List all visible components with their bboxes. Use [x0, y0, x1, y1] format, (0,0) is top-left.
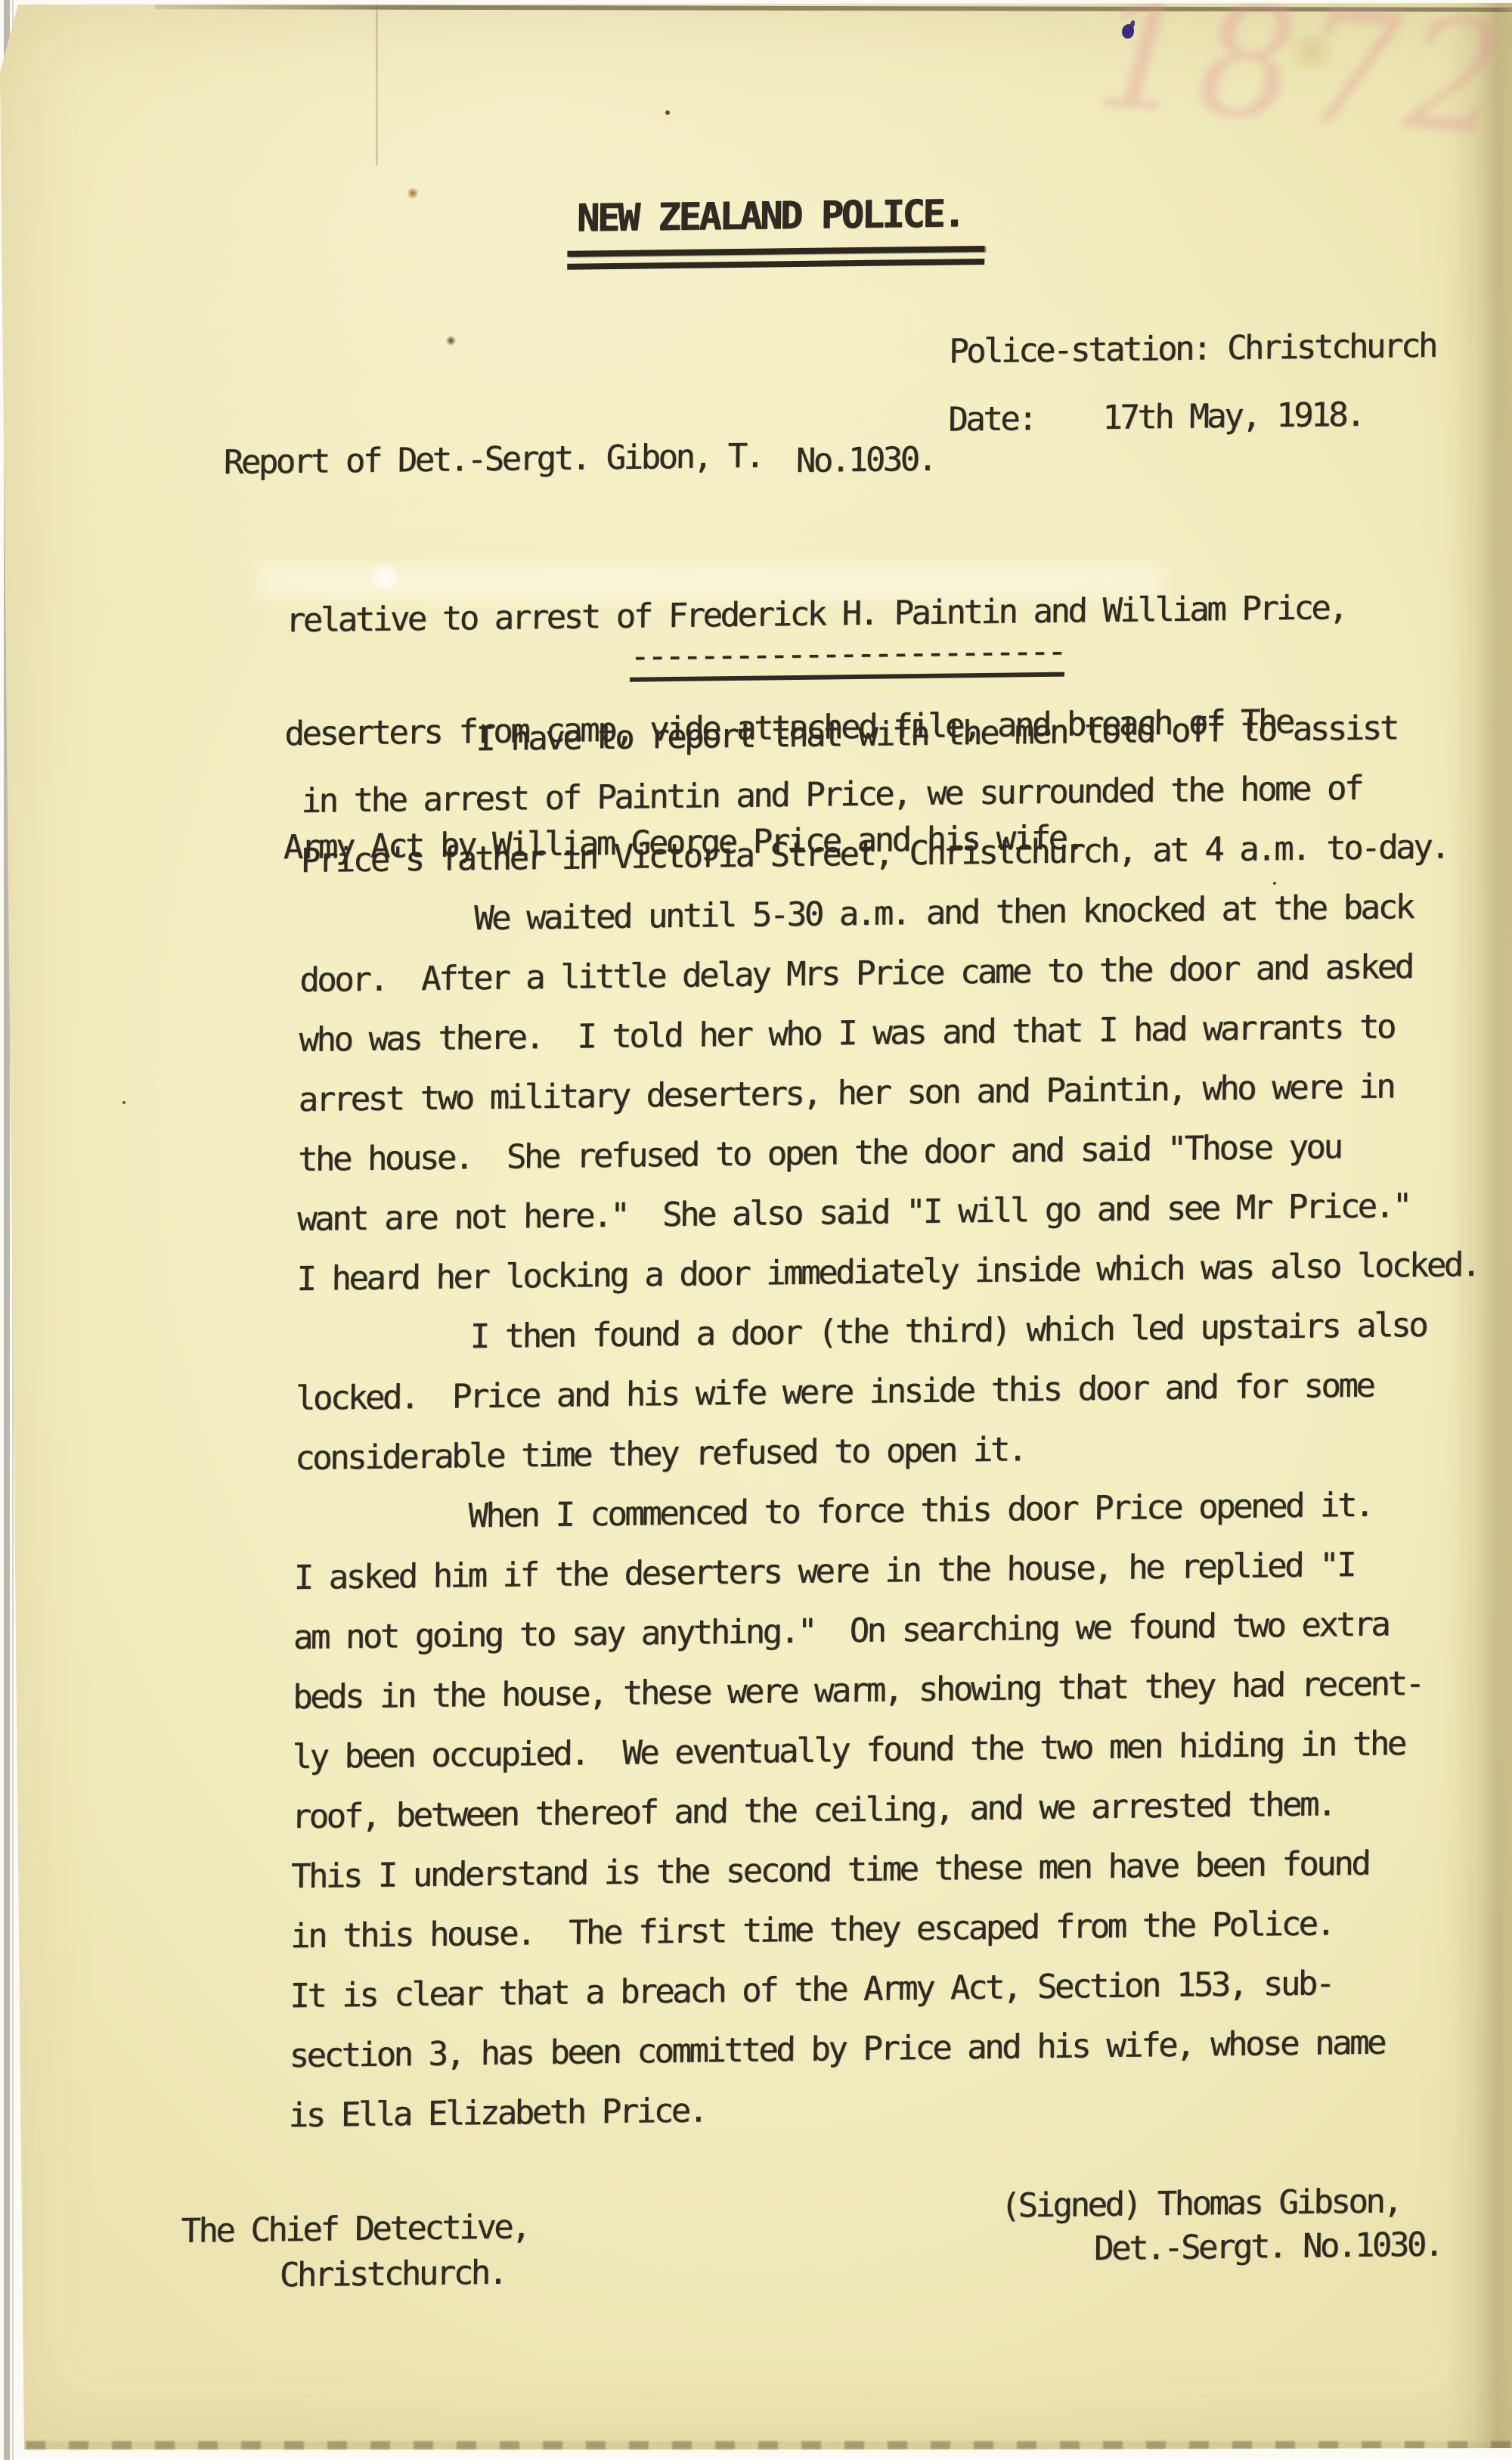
title-underline: [567, 246, 984, 257]
report-body: I have to report that with the men told …: [288, 697, 1484, 2145]
signature-rank-number: Det.-Sergt. No.1030.: [1094, 2226, 1442, 2269]
date-label: Date:: [948, 399, 1035, 439]
station-line: Police-station: Christchurch: [949, 327, 1436, 372]
typed-content: NEW ZEALAND POLICE. Police-station: Chri…: [0, 0, 1512, 2453]
subject-line: relative to arrest of Frederick H. Paint…: [286, 589, 1346, 640]
scan-background: 1872 NEW ZEALAND POLICE. Police-station:…: [0, 0, 1512, 2460]
report-number: No.1030.: [795, 440, 934, 481]
report-officer-line: Report of Det.-Sergt. Gibon, T.: [224, 437, 763, 483]
date-value: 17th May, 1918.: [1102, 396, 1363, 438]
addressee-city: Christchurch.: [280, 2254, 506, 2296]
page-title: NEW ZEALAND POLICE.: [577, 191, 964, 240]
signature-line: (Signed) Thomas Gibson,: [1000, 2182, 1400, 2226]
addressee-line: The Chief Detective,: [181, 2207, 528, 2251]
document-paper: 1872 NEW ZEALAND POLICE. Police-station:…: [0, 3, 1512, 2449]
separator-line: -------------------------: [630, 633, 1064, 682]
